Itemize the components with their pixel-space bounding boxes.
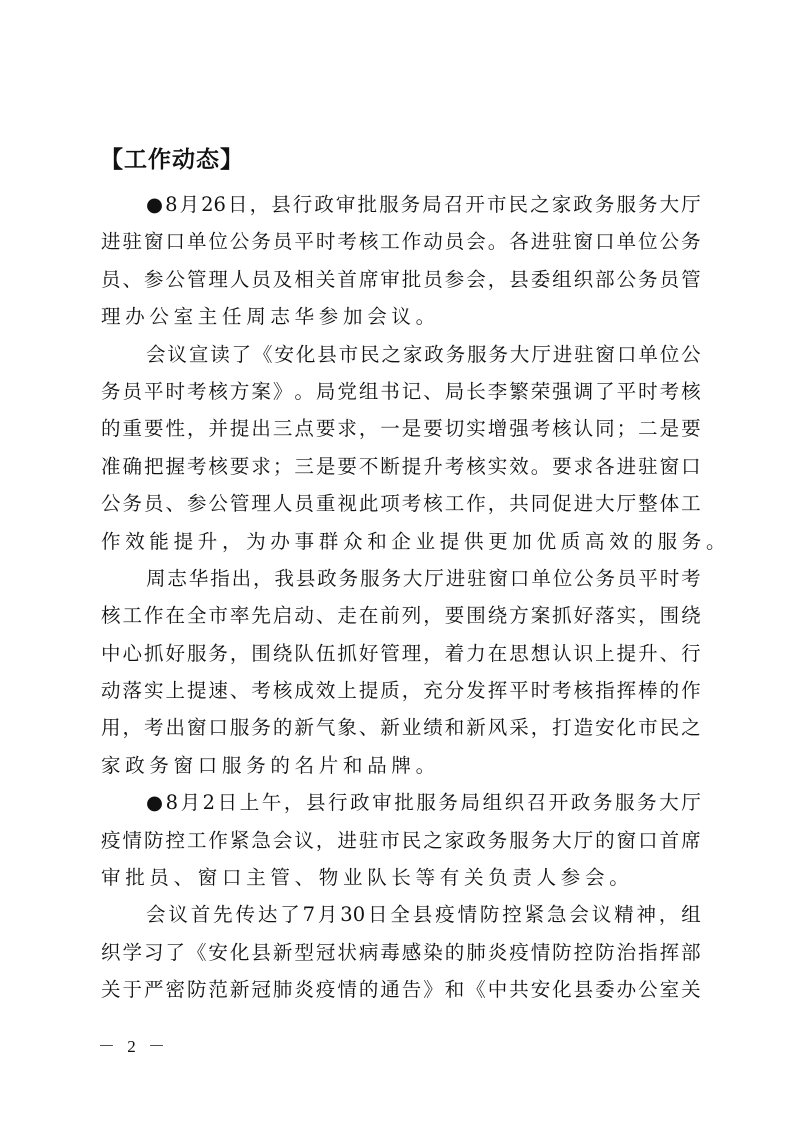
text-line: 核工作在全市率先启动、走在前列，要围绕方案抓好落实，围绕	[101, 597, 701, 634]
text-line: 织学习了《安化县新型冠状病毒感染的肺炎疫情防控防治指挥部	[101, 934, 701, 971]
text-line: 动落实上提速、考核成效上提质，充分发挥平时考核指挥棒的作	[101, 672, 701, 709]
text-line: 审批员、窗口主管、物业队长等有关负责人参会。	[101, 859, 701, 896]
text-line: 作效能提升，为办事群众和企业提供更加优质高效的服务。	[101, 523, 701, 560]
text-line: ●8月26日，县行政审批服务局召开市民之家政务服务大厅	[101, 186, 701, 223]
text-line: 中心抓好服务，围绕队伍抓好管理，着力在思想认识上提升、行	[101, 635, 701, 672]
text-line: 公务员、参公管理人员重视此项考核工作，共同促进大厅整体工	[101, 485, 701, 522]
text-line: 理办公室主任周志华参加会议。	[101, 298, 701, 335]
text-line: 准确把握考核要求；三是要不断提升考核实效。要求各进驻窗口	[101, 448, 701, 485]
section-heading: 【工作动态】	[100, 144, 244, 176]
text-line: 的重要性，并提出三点要求，一是要切实增强考核认同；二是要	[101, 410, 701, 447]
document-body: ●8月26日，县行政审批服务局召开市民之家政务服务大厅 进驻窗口单位公务员平时考…	[101, 186, 701, 1009]
text-line: ●8月2日上午，县行政审批服务局组织召开政务服务大厅	[101, 784, 701, 821]
document-page: 【工作动态】 ●8月26日，县行政审批服务局召开市民之家政务服务大厅 进驻窗口单…	[0, 0, 793, 1122]
text-line: 进驻窗口单位公务员平时考核工作动员会。各进驻窗口单位公务	[101, 223, 701, 260]
text-line: 会议首先传达了7月30日全县疫情防控紧急会议精神，组	[101, 896, 701, 933]
text-line: 周志华指出，我县政务服务大厅进驻窗口单位公务员平时考	[101, 560, 701, 597]
text-line: 会议宣读了《安化县市民之家政务服务大厅进驻窗口单位公	[101, 336, 701, 373]
text-line: 用，考出窗口服务的新气象、新业绩和新风采，打造安化市民之	[101, 709, 701, 746]
text-line: 务员平时考核方案》。局党组书记、局长李繁荣强调了平时考核	[101, 373, 701, 410]
page-number: － 2 －	[98, 1032, 169, 1057]
text-line: 家政务窗口服务的名片和品牌。	[101, 747, 701, 784]
text-line: 员、参公管理人员及相关首席审批员参会，县委组织部公务员管	[101, 261, 701, 298]
text-line: 关于严密防范新冠肺炎疫情的通告》和《中共安化县委办公室关	[101, 971, 701, 1008]
text-line: 疫情防控工作紧急会议，进驻市民之家政务服务大厅的窗口首席	[101, 822, 701, 859]
